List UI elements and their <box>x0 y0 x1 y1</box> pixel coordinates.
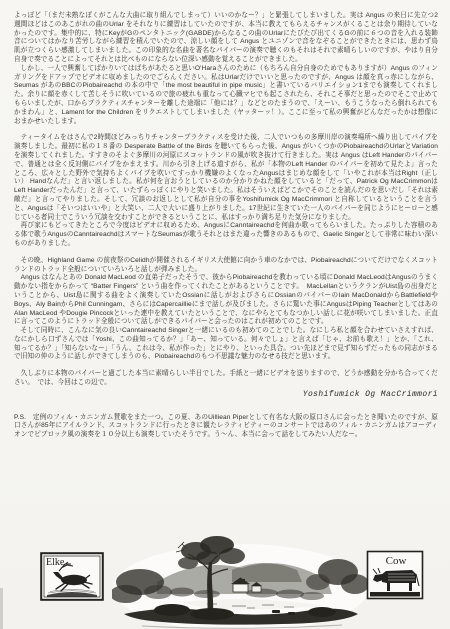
letter-paragraph: Angus はなんとあの Donald MacLeod の直弟子だったそうで、彼… <box>14 274 438 327</box>
letter-paragraphs: よっぽど「（まだ未熟なぼくがこんな大曲に取り組んでしまって）いいのかなー？」と緊… <box>14 12 438 388</box>
scan-edge-artifact <box>0 588 3 629</box>
landscape-engraving-icon <box>112 536 370 629</box>
elk-woodcut-illustration: Elke <box>40 552 104 604</box>
signature: Yoshifumick Og MacCrimmori <box>14 391 438 400</box>
elk-engraving-icon: Elke <box>40 552 104 604</box>
cow-engraving-icon: Cow <box>366 550 426 604</box>
postscript: P.S. 定例のフィル・カニンガム賛歌をまた一つ。この夏、あのUilliean … <box>14 414 438 440</box>
elk-label: Elke <box>46 557 65 568</box>
cow-woodcut-illustration: Cow <box>366 550 426 604</box>
letter-paragraph: 再び家にもどってきたところで今度はビデオに収めるため、AngusにCanntai… <box>14 222 438 248</box>
letter-body: よっぽど「（まだ未熟なぼくがこんな大曲に取り組んでしまって）いいのかなー？」と緊… <box>14 12 438 440</box>
letter-paragraph: そして同時に、こんなに気の良いCanntaireachd Singerと一緒にい… <box>14 327 438 362</box>
letter-paragraph: よっぽど「（まだ未熟なぼくがこんな大曲に取り組んでしまって）いいのかなー？」と緊… <box>14 12 438 65</box>
letter-paragraph: しかし、一人で興奮してばかりいてはばちがあたると思いO'Haraさんのために（も… <box>14 65 438 127</box>
page: よっぽど「（まだ未熟なぼくがこんな大曲に取り組んでしまって）いいのかなー？」と緊… <box>0 0 450 629</box>
scanned-letter-page: { "colors": { "paper": "#f6f5f2", "ink":… <box>0 0 450 629</box>
letter-paragraph: ティータイムをはさんで2時間ほどみっちりチャンタープラクティスを受けた後、二人で… <box>14 134 438 222</box>
cow-label: Cow <box>386 555 407 567</box>
letter-paragraph: その晩、Highland Game の前夜祭のCelidhが開催されるイギリス大… <box>14 257 438 275</box>
landscape-engraving-illustration <box>112 536 370 629</box>
letter-paragraph: 久しぶりに本物のパイパーと過ごした本当に素晴らしい半日でした。手紙と一緒にビデオ… <box>14 370 438 388</box>
